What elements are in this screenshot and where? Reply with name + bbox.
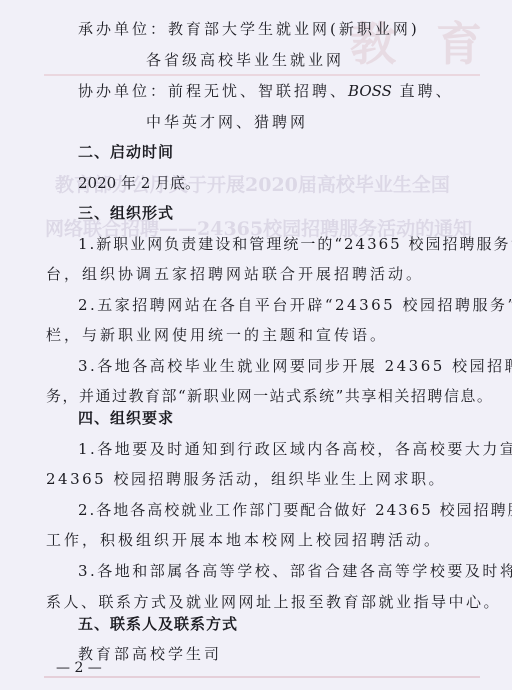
co-organizer-text-tail: 直聘、 xyxy=(392,82,454,100)
co-organizer-text: 协办单位：前程无忧、智联招聘、 xyxy=(78,82,348,100)
boss-brand-text: BOSS xyxy=(348,82,392,100)
paragraph-line: 3.各地和部属各高等学校、部省合建各高等学校要及时将联 xyxy=(78,560,512,581)
organizer-line-1: 承办单位：教育部大学生就业网(新职业网) xyxy=(78,18,420,39)
organizer-line-2: 各省级高校毕业生就业网 xyxy=(146,49,344,70)
paragraph-line: 栏，与新职业网使用统一的主题和宣传语。 xyxy=(46,324,388,345)
co-organizer-line-2: 中华英才网、猎聘网 xyxy=(146,111,308,132)
paragraph-line: 3.各地各高校毕业生就业网要同步开展 24365 校园招聘服 xyxy=(78,355,512,376)
paragraph-line: 2.五家招聘网站在各自平台开辟“24365 校园招聘服务”专 xyxy=(78,294,512,315)
paragraph-line: 24365 校园招聘服务活动，组织毕业生上网求职。 xyxy=(46,468,446,489)
page-number: — 2 — xyxy=(56,660,102,676)
paragraph-line: 工作，积极组织开展本地本校网上校园招聘活动。 xyxy=(46,529,442,550)
section-heading-start-time: 二、启动时间 xyxy=(78,141,174,162)
co-organizer-line-1: 协办单位：前程无忧、智联招聘、BOSS 直聘、 xyxy=(78,80,454,101)
bleed-through-rule xyxy=(44,74,480,76)
footer-rule xyxy=(44,676,480,678)
section-heading-format: 三、组织形式 xyxy=(78,202,174,223)
paragraph-line: 系人、联系方式及就业网网址上报至教育部就业指导中心。 xyxy=(46,591,501,612)
section-heading-contact: 五、联系人及联系方式 xyxy=(78,613,238,634)
start-time-text: 2020 年 2 月底。 xyxy=(78,172,200,193)
paragraph-line: 2.各地各高校就业工作部门要配合做好 24365 校园招聘服务 xyxy=(78,499,512,520)
paragraph-line: 务，并通过教育部“新职业网一站式系统”共享相关招聘信息。 xyxy=(46,385,493,406)
section-heading-requirements: 四、组织要求 xyxy=(78,407,174,428)
paragraph-line: 1.新职业网负责建设和管理统一的“24365 校园招聘服务”平 xyxy=(78,233,512,254)
paragraph-line: 台，组织协调五家招聘网站联合开展招聘活动。 xyxy=(46,263,424,284)
paragraph-line: 1.各地要及时通知到行政区域内各高校，各高校要大力宣传 xyxy=(78,438,512,459)
